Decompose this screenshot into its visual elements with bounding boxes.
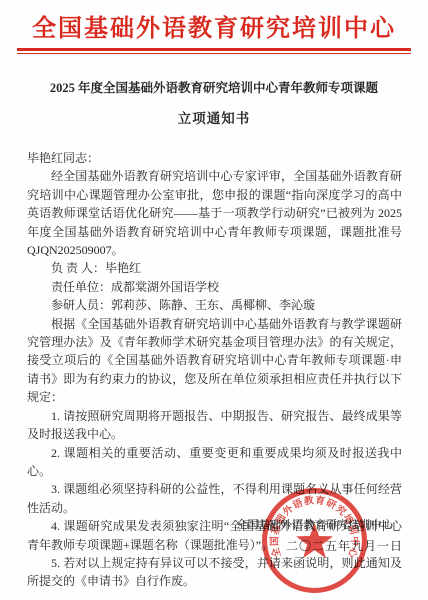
- info-value-unit: 成都棠湖外国语学校: [111, 280, 219, 294]
- rule-item-2: 2. 课题相关的重要活动、重要变更和重要成果均须及时报送我中心。: [27, 444, 402, 481]
- info-value-leader: 毕艳红: [105, 261, 141, 275]
- paragraph-approval: 经全国基础外语教育研究培训中心专家评审，全国基础外语教育研究培训中心课题管理办公…: [27, 167, 402, 259]
- info-line-leader: 负 责 人：毕艳红: [27, 259, 402, 277]
- header-divider: [17, 48, 411, 54]
- info-line-members: 参研人员：郭莉莎、陈静、王东、禹椰柳、李沁璇: [27, 296, 402, 314]
- document-title-line1: 2025 年度全国基础外语教育研究培训中心青年教师专项课题: [0, 80, 428, 97]
- info-label-leader: 负 责 人：: [51, 261, 105, 275]
- info-label-unit: 责任单位：: [51, 280, 111, 294]
- header-divider-thin-line: [17, 53, 411, 54]
- signature-org-name: 全国基础外语教育研究培训中心: [236, 516, 393, 532]
- info-value-members: 郭莉莎、陈静、王东、禹椰柳、李沁璇: [111, 298, 315, 312]
- rule-item-5: 5. 若对以上规定持有异议可以不接受，并请来函说明，则此通知及所提交的《申请书》…: [27, 554, 402, 591]
- signature-date: 二〇二五年九月一日: [286, 537, 403, 554]
- document-title-line2: 立项通知书: [0, 110, 428, 128]
- notice-document-page: 全国基础外语教育研究培训中心 2025 年度全国基础外语教育研究培训中心青年教师…: [0, 0, 428, 600]
- salutation-line: 毕艳红同志：: [27, 149, 402, 167]
- info-line-unit: 责任单位：成都棠湖外国语学校: [27, 278, 402, 296]
- header-divider-thick-line: [17, 48, 411, 51]
- rule-item-1: 1. 请按照研究周期将开题报告、中期报告、研究报告、最终成果等及时报送我中心。: [27, 407, 402, 444]
- org-header-title: 全国基础外语教育研究培训中心: [0, 13, 428, 45]
- rule-item-3: 3. 课题组必须坚持科研的公益性，不得利用课题名义从事任何经营性活动。: [27, 480, 402, 517]
- info-label-members: 参研人员：: [51, 298, 111, 312]
- paragraph-regulation: 根据《全国基础外语教育研究培训中心基础外语教育与教学课题研究管理办法》及《青年教…: [27, 315, 402, 407]
